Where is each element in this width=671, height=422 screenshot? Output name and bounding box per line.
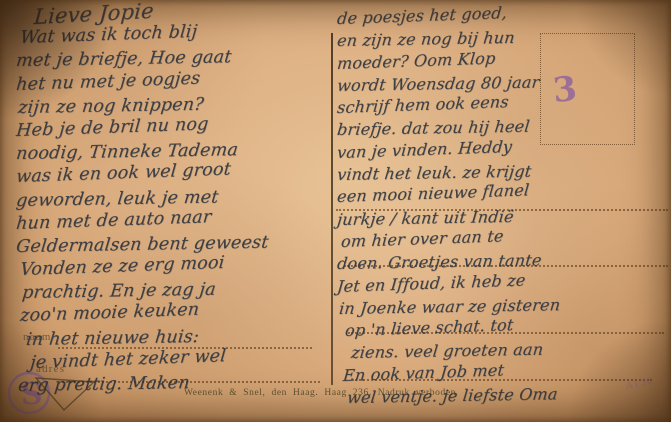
handwriting-line: erg prettig. Maken — [17, 370, 339, 399]
message-right-column: de poesjes het goed, en zijn ze nog bij … — [337, 9, 671, 410]
message-left-column: Lieve Jopie Wat was ik toch blij met je … — [16, 5, 338, 399]
handwriting-line: wel ventje. je liefste Oma — [346, 382, 671, 410]
stamp-digit: 3 — [551, 69, 579, 111]
postcard-back: 3 naam adres S Weenenk & Snel, den Haag.… — [0, 0, 671, 422]
